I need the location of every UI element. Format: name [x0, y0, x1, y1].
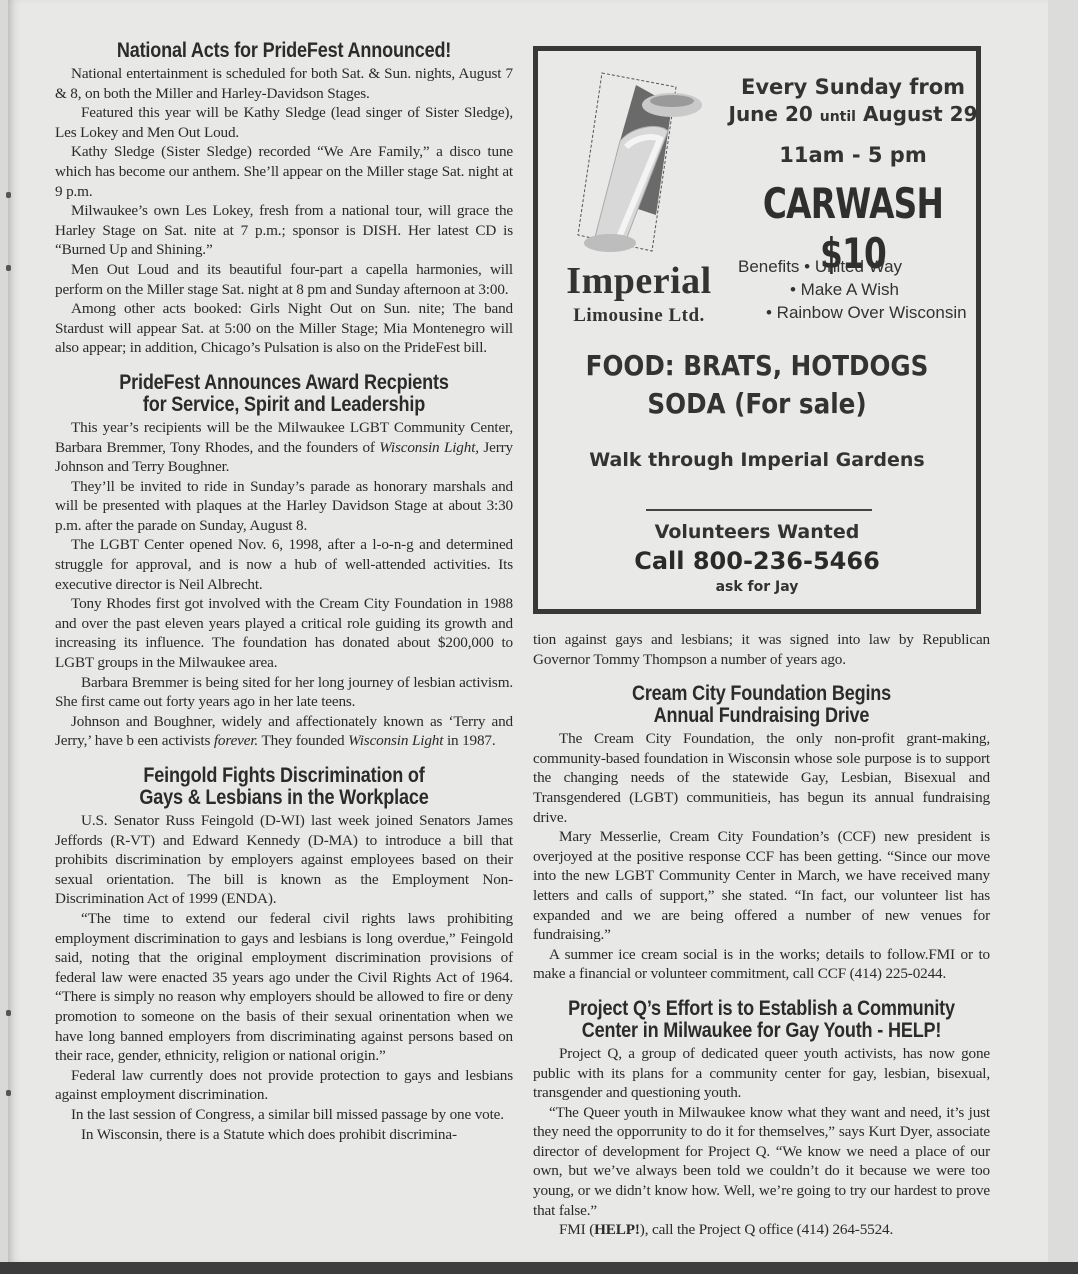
until-label: until — [820, 109, 856, 125]
paragraph: They’ll be invited to ride in Sunday’s p… — [55, 477, 513, 536]
paragraph: “The time to extend our federal civil ri… — [55, 909, 513, 1066]
event-schedule: Every Sunday from June 20 until August 2… — [728, 73, 978, 130]
paragraph: Milwaukee’s own Les Lokey, fresh from a … — [55, 201, 513, 260]
event-hours: 11am - 5 pm — [728, 143, 978, 167]
contact-info: ), call the Project Q office (414) 264-5… — [640, 1221, 893, 1238]
paragraph: National entertainment is scheduled for … — [55, 64, 513, 103]
schedule-line: Every Sunday from — [728, 73, 978, 101]
headline: Project Q’s Effort is to Establish a Com… — [565, 998, 958, 1042]
schedule-dates: June 20 until August 29 — [728, 101, 978, 130]
paragraph: The Cream City Foundation, the only non-… — [533, 729, 990, 827]
paragraph: Among other acts booked: Girls Night Out… — [55, 299, 513, 358]
text: FMI ( — [559, 1221, 594, 1238]
page-edge — [1048, 0, 1078, 1274]
headline-line: Cream City Foundation Begins — [632, 682, 891, 705]
paragraph: In Wisconsin, there is a Statute which d… — [55, 1125, 513, 1145]
end-date: August 29 — [863, 102, 978, 126]
benefit-item: • Make A Wish — [738, 278, 978, 301]
binding-hole — [6, 265, 11, 271]
benefit-item: Benefits • United Way — [738, 255, 978, 278]
brand-name: Imperial — [554, 261, 724, 301]
paragraph: Kathy Sledge (Sister Sledge) recorded “W… — [55, 142, 513, 201]
binding-hole — [6, 1010, 11, 1016]
headline-line: Gays & Lesbians in the Workplace — [139, 786, 428, 809]
paragraph: Barbara Bremmer is being sited for her l… — [55, 673, 513, 712]
brand-subtitle: Limousine Ltd. — [554, 305, 724, 327]
article-project-q: Project Q’s Effort is to Establish a Com… — [533, 998, 990, 1240]
divider — [646, 509, 872, 511]
contact-name: ask for Jay — [538, 579, 976, 595]
emphasis: HELP! — [594, 1221, 640, 1238]
paragraph: Federal law currently does not provide p… — [55, 1066, 513, 1105]
article-feingold: Feingold Fights Discrimination of Gays &… — [55, 765, 513, 1144]
food-line: SODA (For sale) — [564, 385, 949, 423]
headline-line: for Service, Spirit and Leadership — [143, 393, 425, 416]
paragraph: Project Q, a group of dedicated queer yo… — [533, 1044, 990, 1103]
headline: PrideFest Announces Award Recpients for … — [87, 372, 481, 416]
walk-through-text: Walk through Imperial Gardens — [538, 449, 976, 471]
paragraph: “The Queer youth in Milwaukee know what … — [533, 1103, 990, 1221]
paragraph: U.S. Senator Russ Feingold (D-WI) last w… — [55, 811, 513, 909]
page-bottom-edge — [0, 1262, 1078, 1274]
paragraph: The LGBT Center opened Nov. 6, 1998, aft… — [55, 535, 513, 594]
carwash-advertisement: Imperial Limousine Ltd. Every Sunday fro… — [533, 46, 981, 614]
text: in 1987. — [443, 732, 495, 749]
paragraph: This year’s recipients will be the Milwa… — [55, 418, 513, 477]
phone-number: Call 800-236-5466 — [538, 547, 976, 575]
emphasis: forever. — [214, 732, 258, 749]
article-award-recipients: PrideFest Announces Award Recpients for … — [55, 372, 513, 751]
headline-line: Annual Fundraising Drive — [654, 704, 870, 727]
paragraph: A summer ice cream social is in the work… — [533, 945, 990, 984]
headline: Feingold Fights Discrimination of Gays &… — [87, 765, 481, 809]
paragraph: FMI (HELP!), call the Project Q office (… — [533, 1220, 990, 1240]
spacer — [55, 358, 513, 372]
article-cream-city-foundation: Cream City Foundation Begins Annual Fund… — [533, 683, 990, 984]
paragraph: Tony Rhodes first got involved with the … — [55, 594, 513, 672]
paragraph: Featured this year will be Kathy Sledge … — [55, 103, 513, 142]
paragraph: In the last session of Congress, a simil… — [55, 1105, 513, 1125]
headline-line: PrideFest Announces Award Recpients — [119, 371, 449, 394]
spacer — [533, 984, 990, 998]
right-column: tion against gays and lesbians; it was s… — [533, 630, 990, 1240]
left-column: National Acts for PrideFest Announced! N… — [55, 40, 513, 1144]
headline-line: Center in Milwaukee for Gay Youth - HELP… — [582, 1019, 942, 1042]
food-announcement: FOOD: BRATS, HOTDOGS SODA (For sale) — [564, 347, 949, 423]
paragraph: Johnson and Boughner, widely and affecti… — [55, 712, 513, 751]
spacer — [533, 669, 990, 683]
article-national-acts: National Acts for PrideFest Announced! N… — [55, 40, 513, 358]
binding-hole — [6, 192, 11, 198]
binding-hole — [6, 1090, 11, 1096]
volunteers-wanted: Volunteers Wanted — [538, 521, 976, 543]
headline-line: Feingold Fights Discrimination of — [143, 764, 424, 787]
spacer — [55, 751, 513, 765]
paragraph: Mary Messerlie, Cream City Foundation’s … — [533, 827, 990, 945]
food-line: FOOD: BRATS, HOTDOGS — [564, 347, 949, 385]
continued-paragraph: tion against gays and lesbians; it was s… — [533, 630, 990, 669]
headline: National Acts for PrideFest Announced! — [87, 40, 481, 62]
start-date: June 20 — [729, 102, 813, 126]
headline-line: Project Q’s Effort is to Establish a Com… — [568, 997, 955, 1020]
text: They founded — [258, 732, 348, 749]
benefits-list: Benefits • United Way • Make A Wish • Ra… — [738, 255, 978, 324]
headline: Cream City Foundation Begins Annual Fund… — [565, 683, 958, 727]
imperial-limousine-logo-icon — [564, 65, 724, 265]
benefit-item: • Rainbow Over Wisconsin — [738, 301, 978, 324]
publication-title: Wisconsin Light, — [379, 439, 479, 456]
publication-title: Wisconsin Light — [348, 732, 443, 749]
paragraph: Men Out Loud and its beautiful four-part… — [55, 260, 513, 299]
